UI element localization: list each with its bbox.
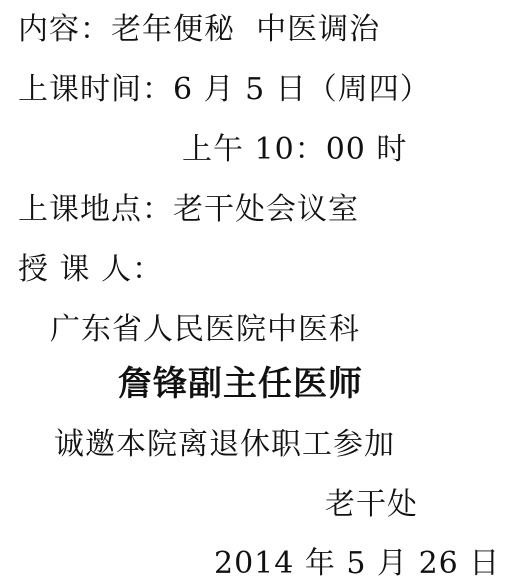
lecturer-label: 授 课 人：	[18, 252, 163, 288]
invitation: 诚邀本院离退休职工参加	[54, 427, 395, 463]
content-line: 内容：老年便秘 中医调治	[18, 12, 380, 48]
time-line: 上课时间：6 月 5 日（周四）	[18, 72, 431, 108]
location-line: 上课地点：老干处会议室	[18, 192, 359, 228]
time-detail: 上午 10：00 时	[182, 132, 407, 168]
lecturer-org: 广东省人民医院中医科	[50, 312, 360, 348]
issuer: 老干处	[325, 487, 418, 523]
issue-date: 2014 年 5 月 26 日	[214, 546, 500, 582]
lecturer-name: 詹锋副主任医师	[118, 364, 363, 404]
